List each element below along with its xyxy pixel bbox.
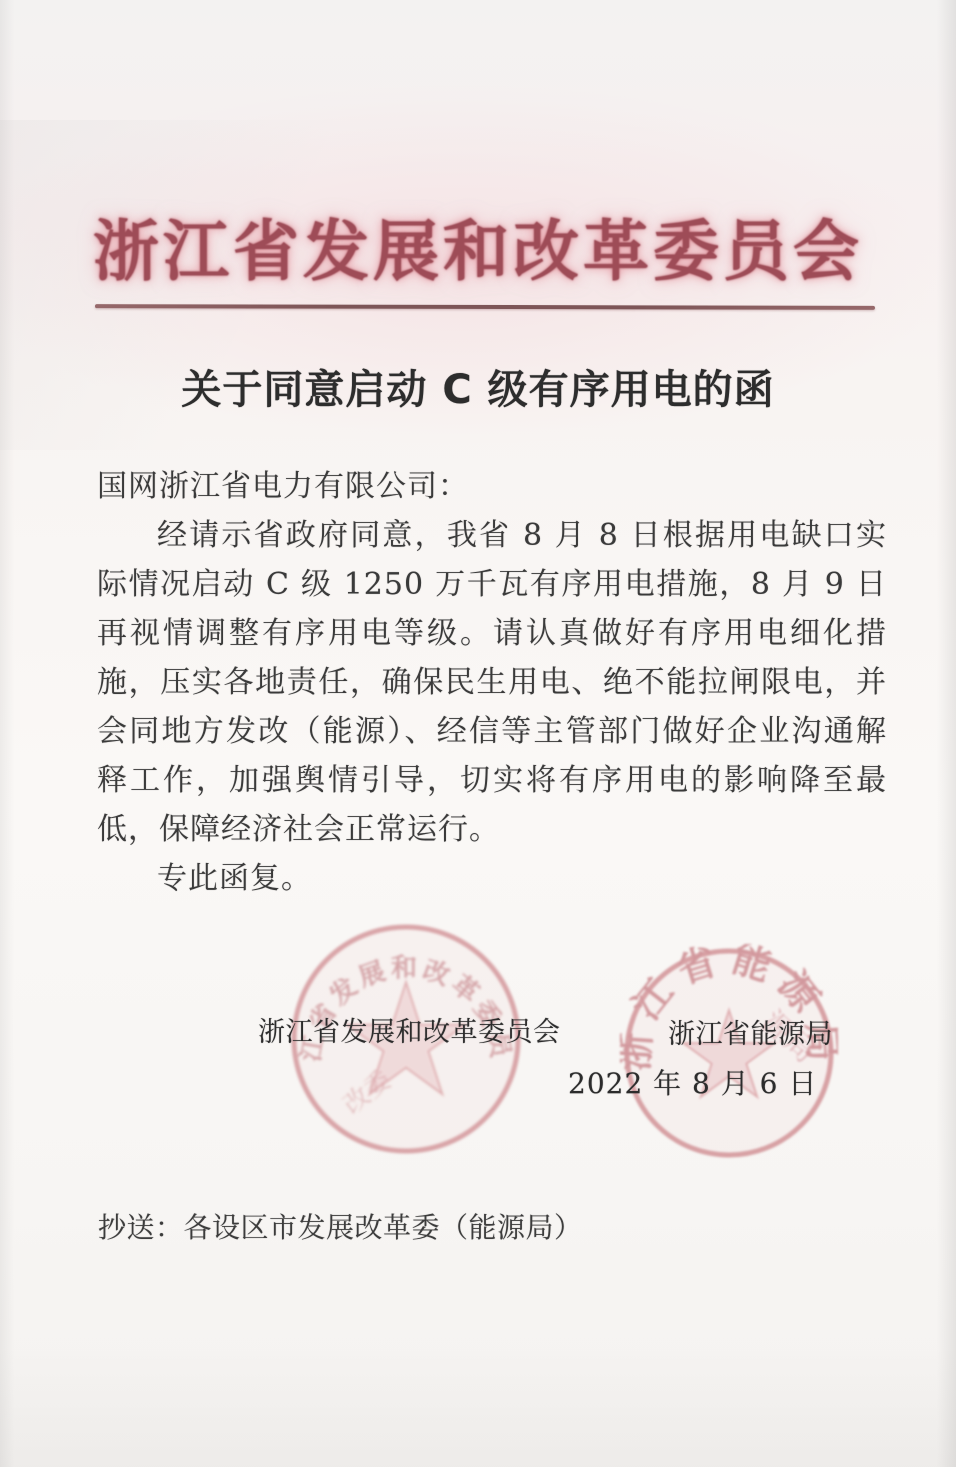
recipient-line: 国网浙江省电力有限公司： bbox=[97, 462, 887, 511]
official-seal-energy-bureau: 浙江省能源局 源局 bbox=[620, 944, 838, 1162]
closing-line: 专此函复。 bbox=[97, 854, 887, 903]
document-title: 关于同意启动 C 级有序用电的函 bbox=[0, 358, 956, 415]
signature-development-reform-commission: 浙江省发展和改革委员会 bbox=[258, 1010, 561, 1049]
document-photo: 浙江省发展和改革委员会 关于同意启动 C 级有序用电的函 国网浙江省电力有限公司… bbox=[0, 0, 956, 1467]
letter-body: 国网浙江省电力有限公司： 经请示省政府同意，我省 8 月 8 日根据用电缺口实际… bbox=[97, 462, 887, 903]
body-paragraph: 经请示省政府同意，我省 8 月 8 日根据用电缺口实际情况启动 C 级 1250… bbox=[97, 511, 887, 854]
agency-letterhead-title: 浙江省发展和改革委员会 bbox=[0, 198, 956, 293]
signature-energy-bureau: 浙江省能源局 bbox=[668, 1012, 833, 1051]
letterhead-divider bbox=[95, 304, 875, 310]
document-date: 2022 年 8 月 6 日 bbox=[568, 1062, 817, 1102]
cc-distribution-line: 抄送：各设区市发展改革委（能源局） bbox=[98, 1206, 583, 1246]
seal-graphic: 浙江省能源局 源局 bbox=[620, 944, 838, 1162]
paper-shadow-bottom bbox=[0, 1347, 956, 1467]
